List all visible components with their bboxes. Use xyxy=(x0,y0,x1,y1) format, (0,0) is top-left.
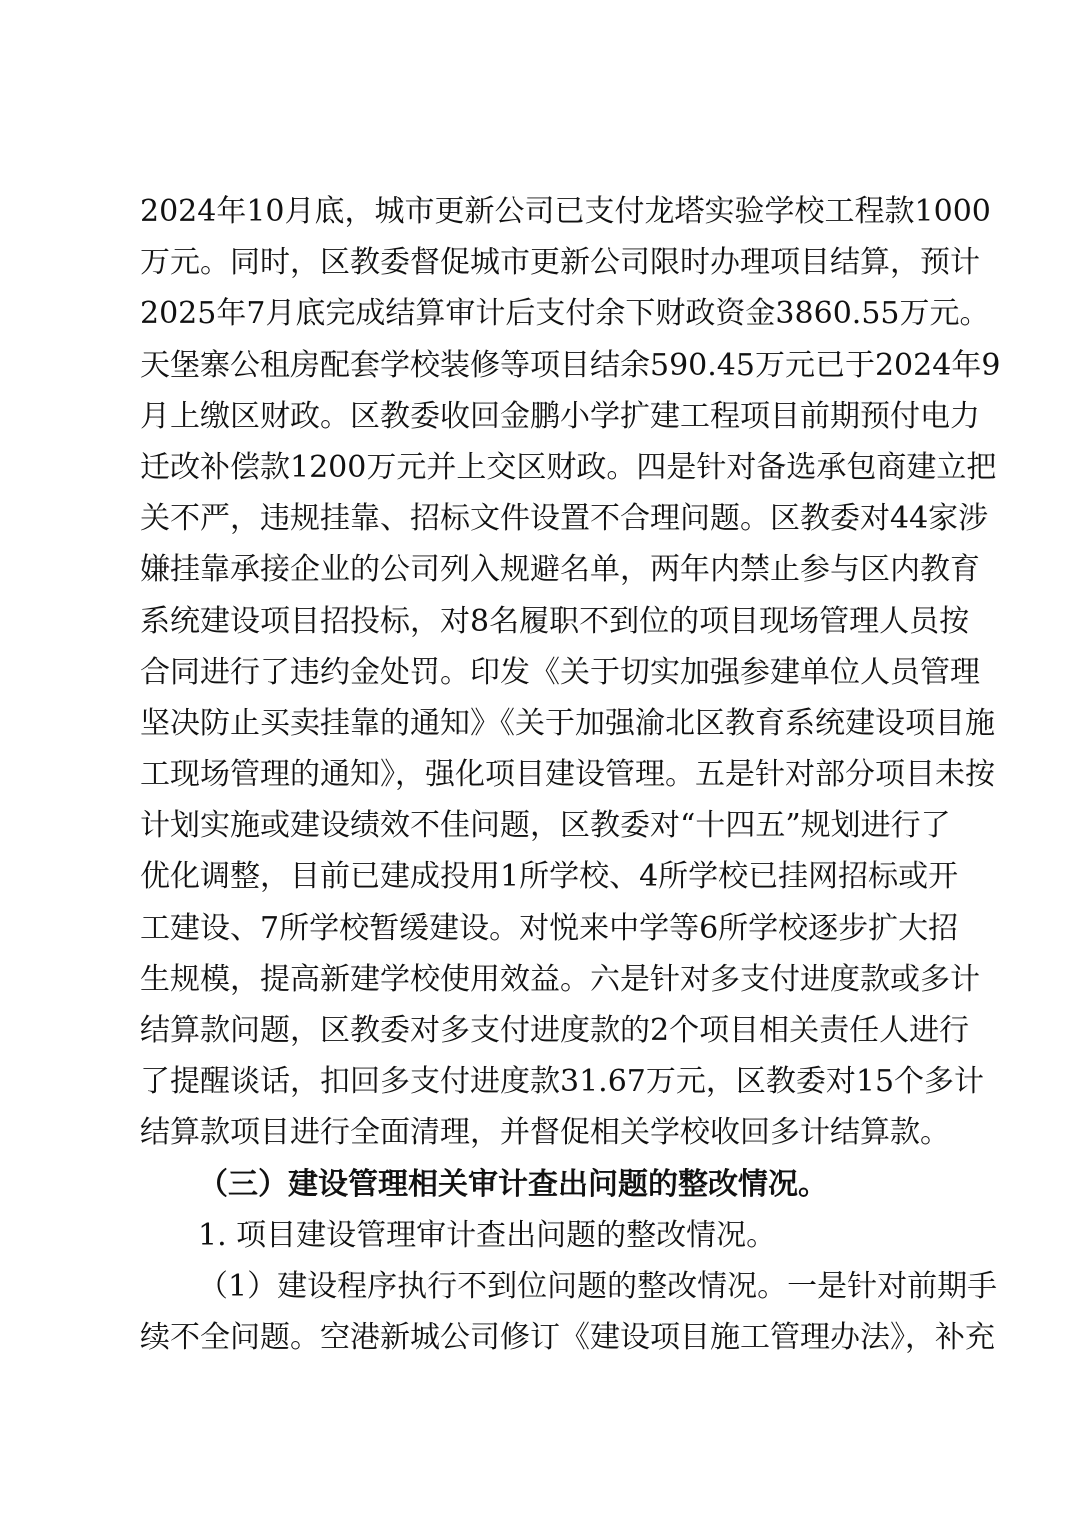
section-heading: （三）建设管理相关审计查出问题的整改情况。 xyxy=(140,1159,940,1210)
text-line: 万元。同时，区教委督促城市更新公司限时办理项目结算，预计 xyxy=(140,237,940,288)
text-line: 工建设、7所学校暂缓建设。对悦来中学等6所学校逐步扩大招 xyxy=(140,903,940,954)
text-line: 关不严，违规挂靠、招标文件设置不合理问题。区教委对44家涉 xyxy=(140,493,940,544)
body-paragraph: （1）建设程序执行不到位问题的整改情况。一是针对前期手 续不全问题。空港新城公司… xyxy=(140,1261,940,1363)
text-line: 生规模，提高新建学校使用效益。六是针对多支付进度款或多计 xyxy=(140,954,940,1005)
text-line: 工现场管理的通知》，强化项目建设管理。五是针对部分项目未按 xyxy=(140,749,940,800)
text-line: 天堡寨公租房配套学校装修等项目结余590.45万元已于2024年9 xyxy=(140,340,940,391)
text-line: 结算款项目进行全面清理，并督促相关学校收回多计结算款。 xyxy=(140,1107,940,1158)
text-line: 优化调整，目前已建成投用1所学校、4所学校已挂网招标或开 xyxy=(140,851,940,902)
text-line: 系统建设项目招投标，对8名履职不到位的项目现场管理人员按 xyxy=(140,596,940,647)
text-line: （1）建设程序执行不到位问题的整改情况。一是针对前期手 xyxy=(140,1261,940,1312)
body-paragraph-continued: 2024年10月底，城市更新公司已支付龙塔实验学校工程款1000 万元。同时，区… xyxy=(140,186,940,1159)
text-line: 坚决防止买卖挂靠的通知》《关于加强渝北区教育系统建设项目施 xyxy=(140,698,940,749)
text-line: 迁改补偿款1200万元并上交区财政。四是针对备选承包商建立把 xyxy=(140,442,940,493)
text-line: 2025年7月底完成结算审计后支付余下财政资金3860.55万元。 xyxy=(140,288,940,339)
text-line: 了提醒谈话，扣回多支付进度款31.67万元，区教委对15个多计 xyxy=(140,1056,940,1107)
document-page: 2024年10月底，城市更新公司已支付龙塔实验学校工程款1000 万元。同时，区… xyxy=(140,186,940,1363)
text-line: 合同进行了违约金处罚。印发《关于切实加强参建单位人员管理 xyxy=(140,647,940,698)
text-line: 嫌挂靠承接企业的公司列入规避名单，两年内禁止参与区内教育 xyxy=(140,544,940,595)
text-line: 计划实施或建设绩效不佳问题，区教委对“十四五”规划进行了 xyxy=(140,800,940,851)
text-line: 2024年10月底，城市更新公司已支付龙塔实验学校工程款1000 xyxy=(140,186,940,237)
text-line: 月上缴区财政。区教委收回金鹏小学扩建工程项目前期预付电力 xyxy=(140,391,940,442)
text-line: 结算款问题，区教委对多支付进度款的2个项目相关责任人进行 xyxy=(140,1005,940,1056)
subsection-heading: 1. 项目建设管理审计查出问题的整改情况。 xyxy=(140,1210,940,1261)
text-line: 续不全问题。空港新城公司修订《建设项目施工管理办法》，补充 xyxy=(140,1312,940,1363)
